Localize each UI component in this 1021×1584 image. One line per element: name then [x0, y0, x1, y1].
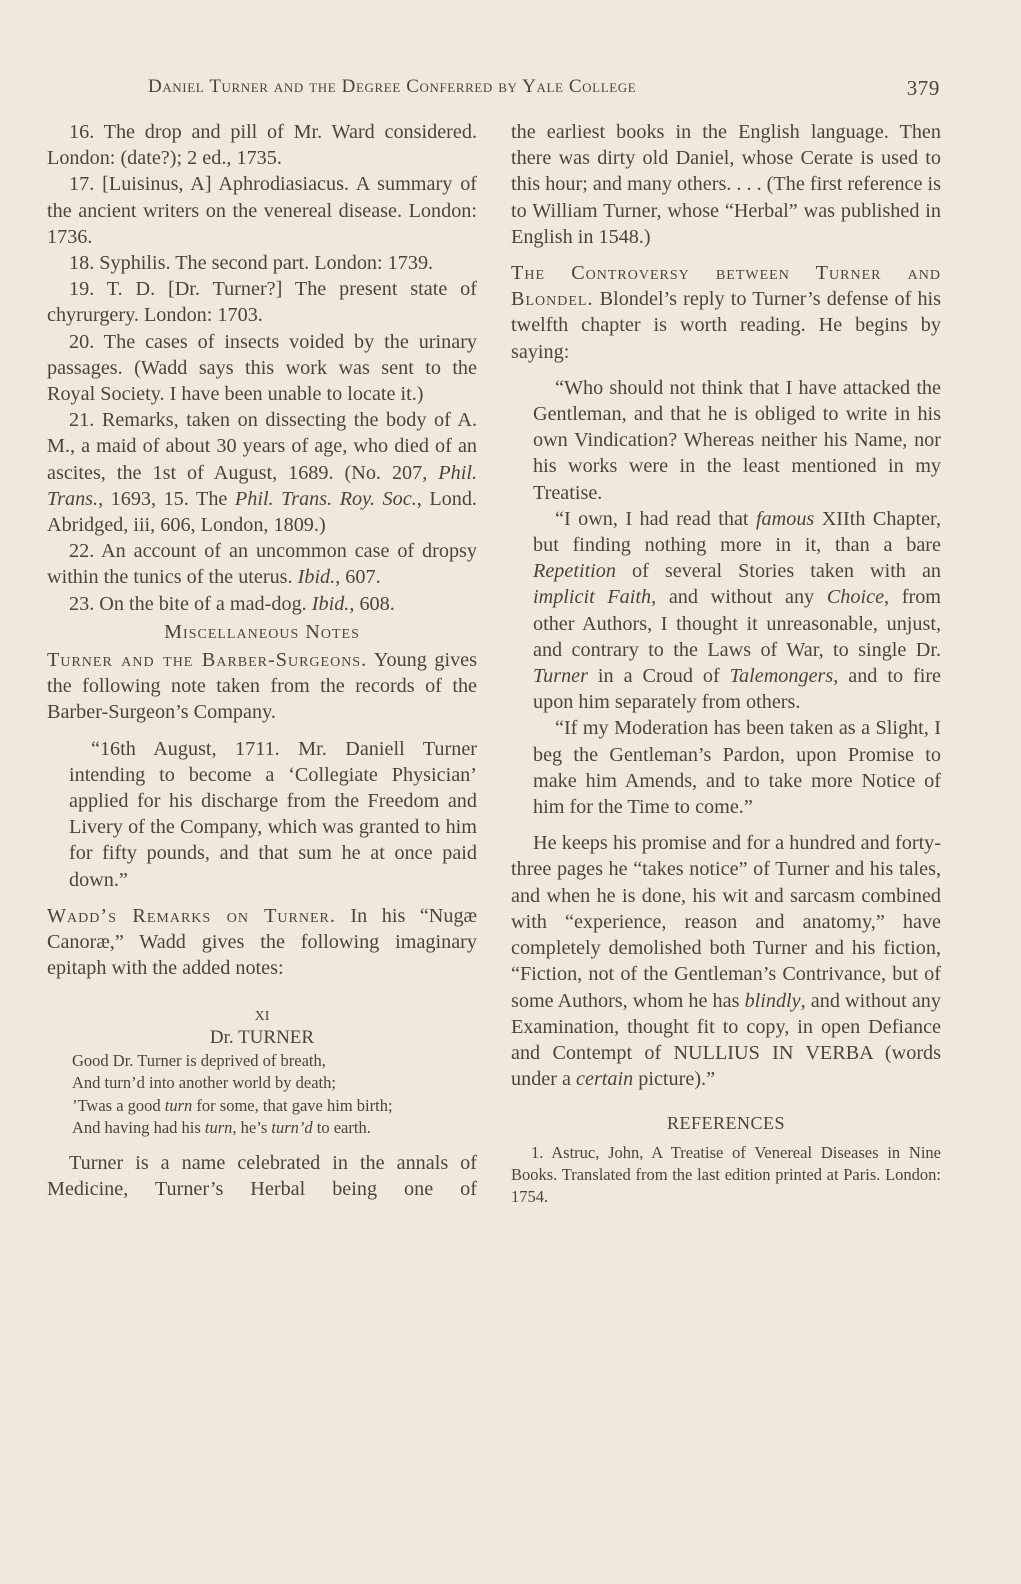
quote-paragraph-1: “Who should not think that I have attack…: [533, 375, 941, 506]
bibliography-item-22: 22. An account of an uncommon case of dr…: [47, 538, 477, 590]
closing-paragraph: Turner is a name celebrated in the annal…: [47, 1150, 477, 1202]
poem-line: Good Dr. Turner is deprived of breath,: [72, 1050, 477, 1073]
epitaph-poem: Good Dr. Turner is deprived of breath, A…: [47, 1050, 477, 1140]
section-heading-miscellaneous-notes: Miscellaneous Notes: [47, 619, 477, 645]
poem-line: And turn’d into another world by death;: [72, 1072, 477, 1095]
bibliography-item-23: 23. On the bite of a mad-dog. Ibid., 608…: [47, 591, 477, 617]
bibliography-item-20: 20. The cases of insects voided by the u…: [47, 329, 477, 408]
page-number: 379: [907, 76, 940, 101]
running-head: Daniel Turner and the Degree Conferred b…: [148, 74, 940, 104]
left-column: 16. The drop and pill of Mr. Ward consid…: [47, 119, 477, 1202]
continuation-paragraph: the earliest books in the English langua…: [511, 119, 941, 250]
epitaph-number: XI: [47, 1008, 477, 1026]
barber-surgeons-paragraph: Turner and the Barber-Surgeons. Young gi…: [47, 647, 477, 726]
bibliography-item-21: 21. Remarks, taken on dissecting the bod…: [47, 407, 477, 538]
wadd-remarks-paragraph: Wadd’s Remarks on Turner. In his “Nugæ C…: [47, 903, 477, 982]
references-heading: REFERENCES: [511, 1110, 941, 1136]
poem-line: ’Twas a good turn for some, that gave hi…: [72, 1095, 477, 1118]
blondel-quote: “Who should not think that I have attack…: [511, 375, 941, 820]
bibliography-item-19: 19. T. D. [Dr. Turner?] The present stat…: [47, 276, 477, 328]
barber-surgeons-quote: “16th August, 1711. Mr. Daniell Turner i…: [47, 736, 477, 893]
quote-paragraph-2: “I own, I had read that famous XIIth Cha…: [533, 506, 941, 716]
promise-paragraph: He keeps his promise and for a hundred a…: [511, 830, 941, 1092]
bibliography-item-18: 18. Syphilis. The second part. London: 1…: [47, 250, 477, 276]
bibliography-item-16: 16. The drop and pill of Mr. Ward consid…: [47, 119, 477, 171]
quote-paragraph-3: “If my Moderation has been taken as a Sl…: [533, 715, 941, 820]
poem-line: And having had his turn, he’s turn’d to …: [72, 1117, 477, 1140]
running-title: Daniel Turner and the Degree Conferred b…: [148, 76, 636, 98]
epitaph-title: Dr. TURNER: [47, 1026, 477, 1050]
wadd-remarks-heading: Wadd’s Remarks on Turner.: [47, 905, 336, 927]
reference-item: 1. Astruc, John, A Treatise of Venereal …: [511, 1142, 941, 1208]
barber-surgeons-heading: Turner and the Barber-Surgeons.: [47, 649, 367, 671]
right-column: the earliest books in the English langua…: [511, 119, 941, 1208]
controversy-paragraph: The Controversy between Turner and Blond…: [511, 260, 941, 365]
bibliography-item-17: 17. [Luisinus, A] Aphrodiasiacus. A summ…: [47, 171, 477, 250]
